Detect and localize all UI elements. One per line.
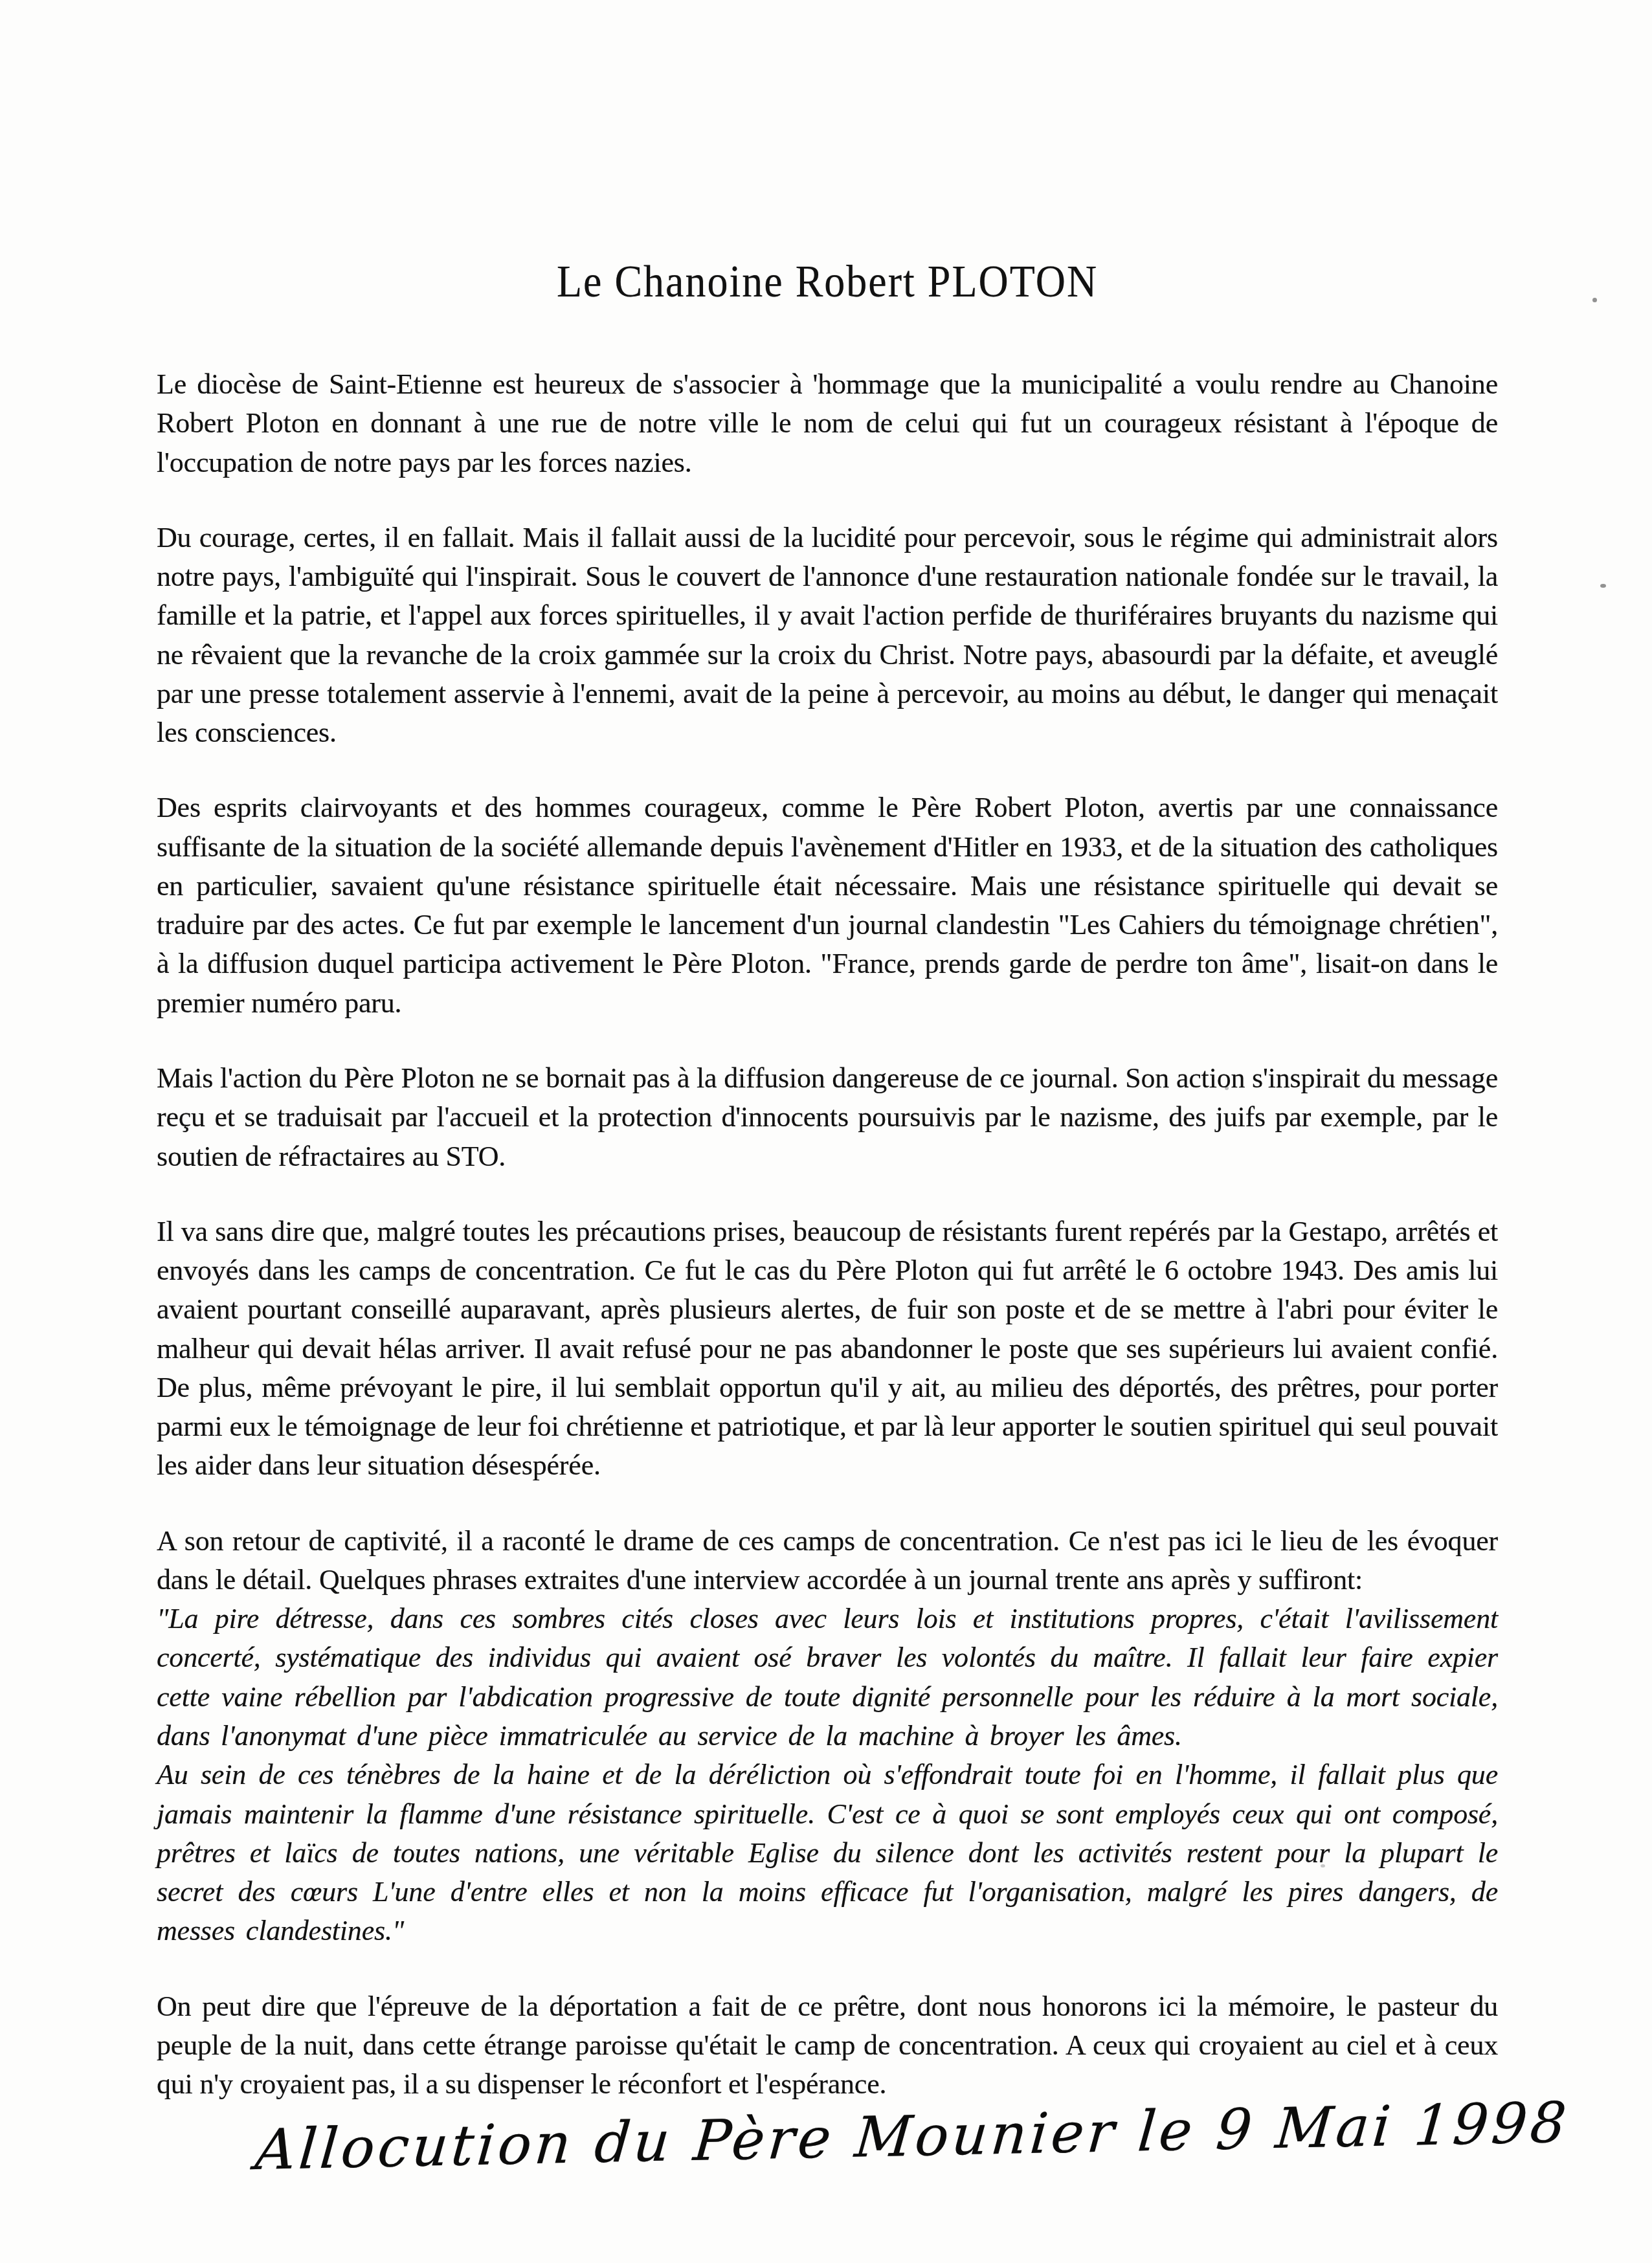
quote-paragraph-1: "La pire détresse, dans ces sombres cité…: [157, 1600, 1498, 1756]
quote-paragraph-2: Au sein de ces ténèbres de la haine et d…: [157, 1756, 1498, 1950]
paragraph-intro: Le diocèse de Saint-Etienne est heureux …: [157, 365, 1498, 482]
scan-speck: [1592, 298, 1597, 302]
paragraph-conclusion: On peut dire que l'épreuve de la déporta…: [157, 1987, 1498, 2104]
paragraph-arrestation: Il va sans dire que, malgré toutes les p…: [157, 1212, 1498, 1486]
paragraph-courage: Du courage, certes, il en fallait. Mais …: [157, 518, 1498, 753]
document-body: Le Chanoine Robert PLOTON Le diocèse de …: [157, 258, 1498, 2140]
paragraph-resistance-spirituelle: Des esprits clairvoyants et des hommes c…: [157, 788, 1498, 1023]
scanned-page: Le Chanoine Robert PLOTON Le diocèse de …: [0, 0, 1652, 2263]
page-title: Le Chanoine Robert PLOTON: [157, 256, 1498, 307]
paragraph-interview-intro: A son retour de captivité, il a raconté …: [157, 1522, 1498, 1600]
scan-speck: [1600, 584, 1606, 588]
paragraph-action-ploton: Mais l'action du Père Ploton ne se borna…: [157, 1059, 1498, 1176]
